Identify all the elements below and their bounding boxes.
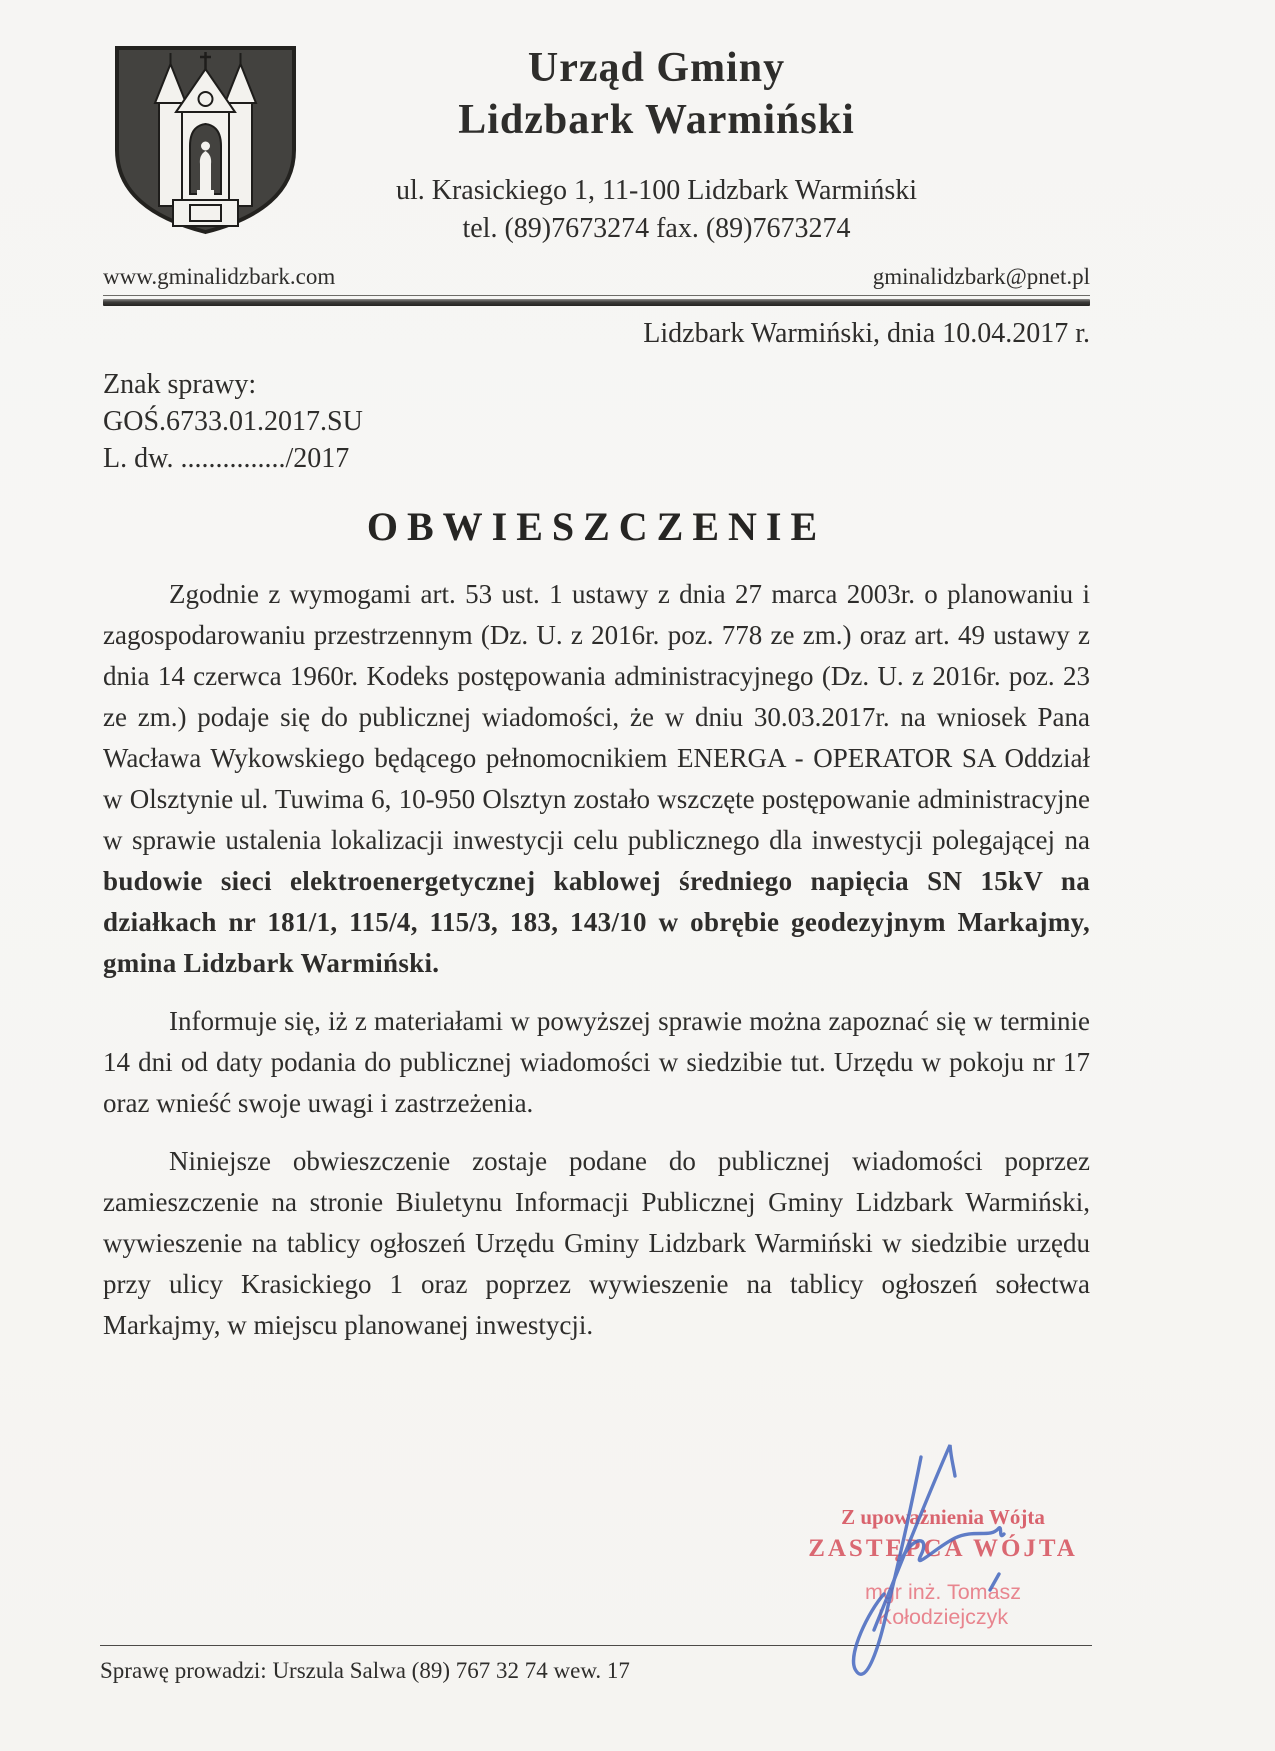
place-date-line: Lidzbark Warmiński, dnia 10.04.2017 r. bbox=[103, 318, 1090, 350]
ldw-line: L. dw. .............../2017 bbox=[103, 440, 1090, 477]
case-label: Znak sprawy: bbox=[103, 366, 1090, 403]
org-name-line2: Lidzbark Warmiński bbox=[223, 94, 1090, 146]
org-name-line1: Urząd Gminy bbox=[223, 42, 1090, 94]
coat-of-arms-chapel-icon bbox=[103, 42, 308, 238]
case-reference-block: Znak sprawy: GOŚ.6733.01.2017.SU L. dw. … bbox=[103, 366, 1090, 477]
scanned-announcement-page: Urząd Gminy Lidzbark Warmiński ul. Krasi… bbox=[0, 0, 1275, 1751]
document-body: Zgodnie z wymogami art. 53 ust. 1 ustawy… bbox=[103, 574, 1090, 1346]
paragraph-2: Informuje się, iż z materiałami w powyżs… bbox=[103, 1001, 1090, 1124]
paragraph-3: Niniejsze obwieszczenie zostaje podane d… bbox=[103, 1141, 1090, 1346]
paragraph-1: Zgodnie z wymogami art. 53 ust. 1 ustawy… bbox=[103, 574, 1090, 984]
paragraph-1-normal: Zgodnie z wymogami art. 53 ust. 1 ustawy… bbox=[103, 579, 1090, 855]
org-address: ul. Krasickiego 1, 11-100 Lidzbark Warmi… bbox=[223, 172, 1090, 210]
header-rule bbox=[103, 299, 1090, 306]
contact-row: www.gminalidzbark.com gminalidzbark@pnet… bbox=[103, 264, 1090, 296]
paragraph-1-bold: budowie sieci elektroenergetycznej kablo… bbox=[103, 866, 1090, 978]
org-email: gminalidzbark@pnet.pl bbox=[873, 264, 1090, 290]
case-handler-line: Sprawę prowadzi: Urszula Salwa (89) 767 … bbox=[100, 1658, 630, 1683]
org-phone-fax: tel. (89)7673274 fax. (89)7673274 bbox=[223, 210, 1090, 248]
pen-signature-icon bbox=[838, 1428, 1048, 1698]
org-website: www.gminalidzbark.com bbox=[103, 264, 335, 290]
document-title: OBWIESZCZENIE bbox=[103, 503, 1090, 550]
case-number: GOŚ.6733.01.2017.SU bbox=[103, 403, 1090, 440]
letterhead: Urząd Gminy Lidzbark Warmiński ul. Krasi… bbox=[103, 42, 1090, 248]
